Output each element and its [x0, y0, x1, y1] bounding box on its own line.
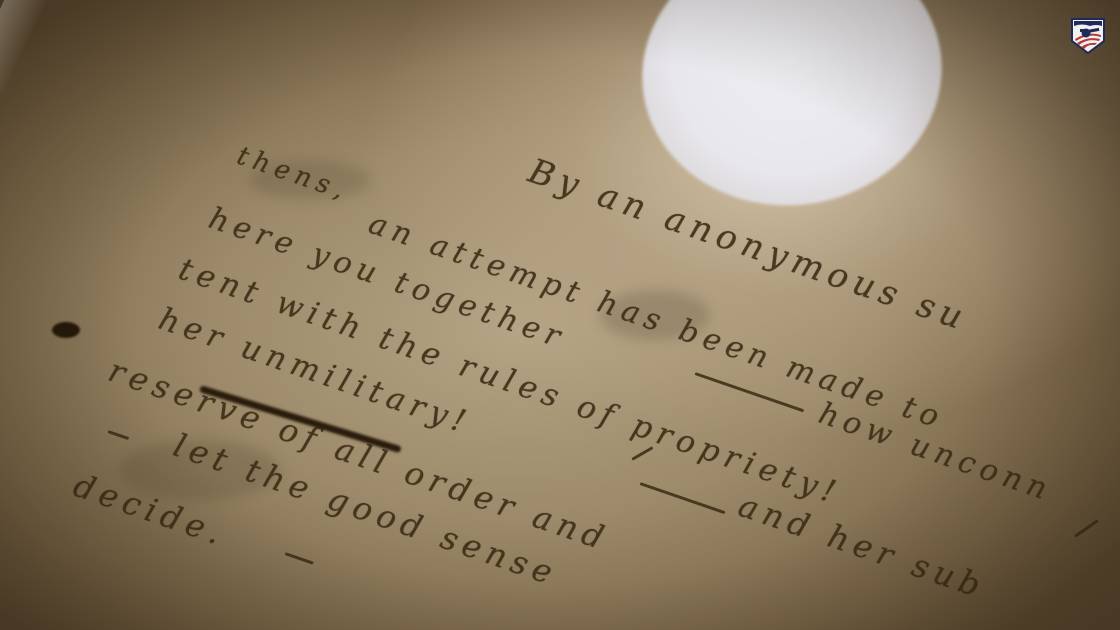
shield-logo-icon: [1070, 17, 1106, 55]
ink-blot: [52, 322, 80, 338]
ink-dash: [631, 446, 653, 461]
ink-dash: [640, 482, 726, 514]
ink-dash: [1074, 519, 1099, 538]
manuscript-photo: thens, an attempt has been made to By an…: [0, 0, 1120, 630]
ink-dash: [285, 552, 314, 565]
manuscript-line-partial: ​: [14, 586, 25, 619]
ink-dash: [108, 430, 130, 440]
manuscript-line: decide.: [69, 466, 232, 554]
manuscript-line: thens,: [233, 141, 353, 207]
handwritten-text: thens, an attempt has been made to By an…: [0, 0, 1120, 630]
manuscript-line: and her sub: [734, 486, 991, 606]
